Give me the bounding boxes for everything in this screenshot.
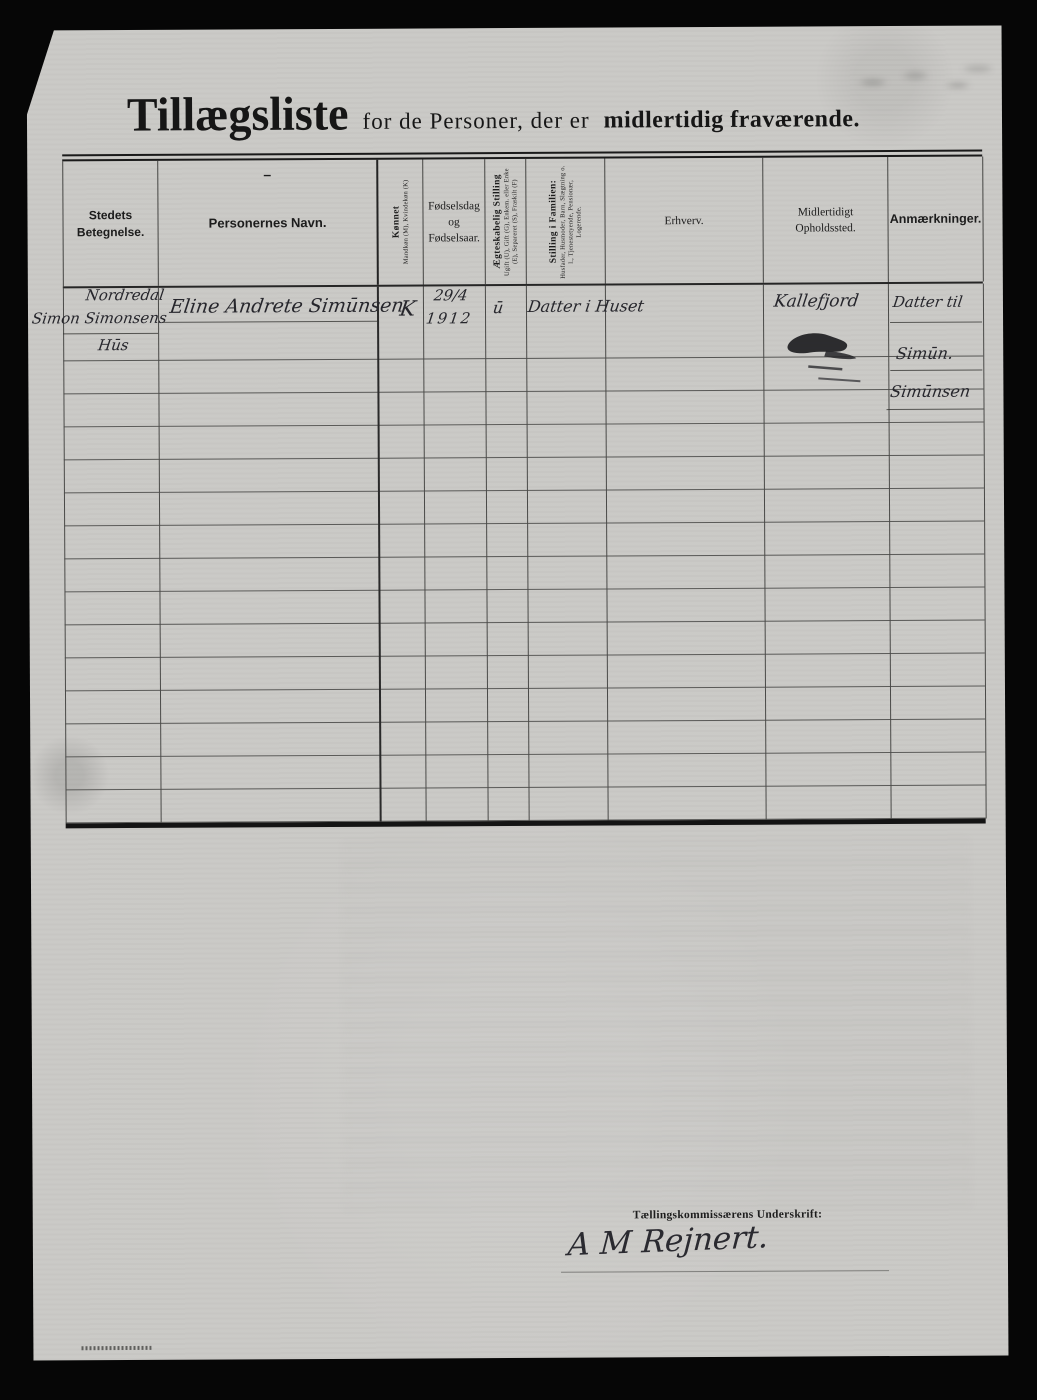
column-header-kon: Kønnet Mandkøn (M), Kvindekøn (K)	[378, 159, 424, 284]
title-main: Tillægsliste	[127, 86, 349, 142]
page-corner-shadow	[25, 28, 55, 120]
column-header-fodsel: Fødselsdag og Fødselsaar.	[423, 159, 486, 284]
column-header-erhverv-label: Erhverv.	[664, 213, 703, 229]
column-header-kon-sub: Mandkøn (M), Kvindekøn (K)	[402, 180, 410, 265]
entry-place-line1: Nordredal	[69, 286, 181, 305]
entry-birthday: 29/4	[433, 286, 469, 304]
column-header-navn: – Personernes Navn.	[158, 160, 379, 286]
commissioner-signature: A M Rejnert.	[567, 1219, 770, 1263]
entry-remark-line1: Datter til	[892, 293, 964, 311]
column-header-fodsel-label: Fødselsdag og Fødselsaar.	[428, 198, 480, 246]
column-header-aegteskab-sub: Ugift (U), Gift (G), Enkem. eller Enke (…	[503, 163, 520, 279]
column-header-ophold-label: Midlertidigt Opholdssted.	[777, 204, 873, 237]
column-header-stilling-sub: Husfader, Husmoder, Barn, Slægtning o. l…	[559, 163, 584, 279]
column-header-stilling: Stilling i Familien: Husfader, Husmoder,…	[526, 159, 606, 284]
entry-temporary-residence: Kallefjord	[773, 291, 860, 311]
printer-imprint-mark	[81, 1346, 151, 1350]
column-header-aegteskab-main: Ægteskabelig Stilling	[492, 174, 502, 269]
entry-family-position: Datter i Huset	[527, 296, 646, 316]
column-header-stedets-label: Stedets Betegnelse.	[63, 206, 157, 240]
entry-birthyear: 1912	[425, 309, 474, 327]
bleedthrough-area-bottom	[341, 838, 973, 1211]
column-header-kon-main: Kønnet	[391, 206, 401, 239]
signature-label: Tællingskommissærens Underskrift:	[633, 1208, 823, 1221]
entry-sex: K	[398, 297, 417, 321]
scan-background: Tillægsliste for de Personer, der er mid…	[0, 0, 1037, 1400]
title-subtitle-regular: for de Personer, der er	[362, 108, 589, 135]
ink-blot-mark	[780, 326, 875, 384]
entry-place-line2: Simon Simonsens	[31, 309, 168, 328]
table-header-row: Stedets Betegnelse. – Personernes Navn. …	[62, 157, 983, 289]
column-header-navn-dash: –	[158, 166, 376, 184]
entry-place-line3: Hūs	[97, 336, 130, 354]
entry-remark-line3: Simūnsen	[889, 382, 971, 401]
column-header-navn-label: Personernes Navn.	[209, 214, 327, 232]
title-subtitle-bold: midlertidig fraværende.	[604, 106, 860, 134]
column-header-stedets: Stedets Betegnelse.	[63, 161, 159, 286]
scanned-page: Tillægsliste for de Personer, der er mid…	[27, 25, 1009, 1360]
entry-person-name: Eline Andrete Simūnsen	[168, 295, 405, 318]
census-table: Stedets Betegnelse. – Personernes Navn. …	[62, 150, 986, 829]
column-header-erhverv: Erhverv.	[605, 158, 764, 284]
column-header-stilling-main: Stilling i Familien:	[548, 180, 558, 264]
column-header-anm-label: Anmærkninger.	[890, 211, 982, 228]
column-header-anm: Anmærkninger.	[888, 157, 984, 282]
page-title: Tillægsliste for de Personer, der er mid…	[127, 84, 987, 142]
column-header-aegteskab: Ægteskabelig Stilling Ugift (U), Gift (G…	[485, 159, 527, 284]
column-header-ophold: Midlertidigt Opholdssted.	[763, 157, 889, 283]
entry-remark-line2: Simūn.	[895, 344, 955, 363]
signature-underline	[561, 1270, 889, 1273]
